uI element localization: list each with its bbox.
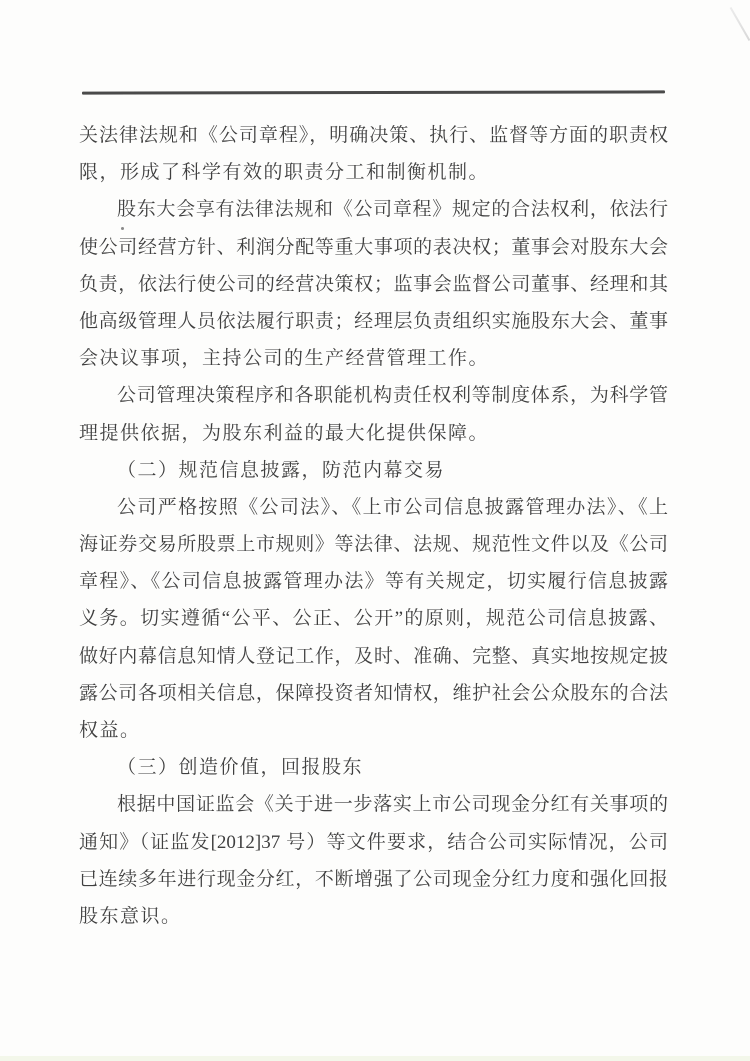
text-line: 负责，依法行使公司的经营决策权；监事会监督公司董事、经理和其 (79, 266, 668, 303)
section-heading: （三）创造价值，回报股东 (79, 749, 668, 786)
text-line: 公司管理决策程序和各职能机构责任权利等制度体系，为科学管 (79, 377, 668, 414)
document-page: 关法律法规和《公司章程》，明确决策、执行、监督等方面的职责权 限，形成了科学有效… (0, 0, 750, 1061)
text-line: 海证券交易所股票上市规则》等法律、法规、规范性文件以及《公司 (79, 526, 668, 563)
scan-artifact-mark (730, 7, 750, 41)
text-line: 使公司经营方针、利润分配等重大事项的表决权；董事会对股东大会 (79, 229, 668, 266)
text-line: 股东意识。 (79, 898, 668, 935)
scan-bottom-edge (0, 1056, 750, 1061)
text-line: 做好内幕信息知情人登记工作，及时、准确、完整、真实地按规定披 (79, 638, 668, 675)
text-line: 公司严格按照《公司法》、《上市公司信息披露管理办法》、《上 (79, 489, 668, 526)
text-line: 义务。切实遵循“公平、公正、公开”的原则，规范公司信息披露、 (79, 600, 668, 637)
text-line: 通知》（证监发[2012]37 号）等文件要求，结合公司实际情况，公司 (79, 824, 668, 861)
text-line: 已连续多年进行现金分红，不断增强了公司现金分红力度和强化回报 (79, 861, 668, 898)
text-line: 关法律法规和《公司章程》，明确决策、执行、监督等方面的职责权 (79, 117, 668, 154)
text-line: 权益。 (79, 712, 668, 749)
section-heading: （二）规范信息披露，防范内幕交易 (79, 452, 668, 489)
text-line: 股东大会享有法律法规和《公司章程》规定的合法权利，依法行 (79, 191, 668, 228)
header-rule (82, 90, 665, 94)
text-line: 会决议事项，主持公司的生产经营管理工作。 (79, 340, 668, 377)
text-line: 他高级管理人员依法履行职责；经理层负责组织实施股东大会、董事 (79, 303, 668, 340)
text-line: 章程》、《公司信息披露管理办法》等有关规定，切实履行信息披露 (79, 563, 668, 600)
text-line: 根据中国证监会《关于进一步落实上市公司现金分红有关事项的 (79, 786, 668, 823)
text-line: 理提供依据，为股东利益的最大化提供保障。 (79, 415, 668, 452)
document-body: 关法律法规和《公司章程》，明确决策、执行、监督等方面的职责权 限，形成了科学有效… (79, 117, 668, 935)
text-line: 限，形成了科学有效的职责分工和制衡机制。 (79, 154, 668, 191)
text-line: 露公司各项相关信息，保障投资者知情权，维护社会公众股东的合法 (79, 675, 668, 712)
